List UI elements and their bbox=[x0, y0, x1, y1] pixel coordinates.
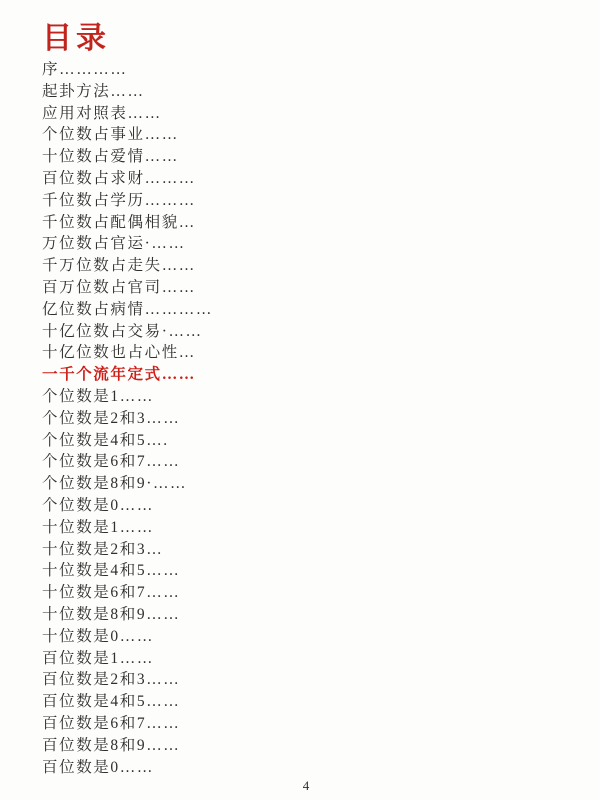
toc-item: 千位数占学历……… bbox=[42, 190, 570, 212]
toc-item: 十位数是8和9…… bbox=[42, 604, 570, 626]
page-number: 4 bbox=[42, 778, 570, 794]
toc-item: 起卦方法…… bbox=[42, 81, 570, 103]
toc-item: 十亿位数也占心性… bbox=[42, 342, 570, 364]
toc-item: 个位数是8和9·…… bbox=[42, 473, 570, 495]
toc-item: 百位数是8和9…… bbox=[42, 735, 570, 757]
toc-item: 百位数是4和5…… bbox=[42, 691, 570, 713]
toc-list: 序…………起卦方法……应用对照表……个位数占事业……十位数占爱情……百位数占求财… bbox=[42, 59, 570, 778]
toc-item: 十位数是6和7…… bbox=[42, 582, 570, 604]
toc-item: 十位数是1…… bbox=[42, 517, 570, 539]
toc-item: 万位数占官运·…… bbox=[42, 233, 570, 255]
toc-item-emphasis: 一千个流年定式…… bbox=[42, 364, 570, 386]
toc-item: 十位数占爱情…… bbox=[42, 146, 570, 168]
toc-item: 千万位数占走失…… bbox=[42, 255, 570, 277]
document-page: 目录 序…………起卦方法……应用对照表……个位数占事业……十位数占爱情……百位数… bbox=[0, 0, 600, 800]
toc-item: 十位数是2和3… bbox=[42, 539, 570, 561]
toc-item: 百位数是1…… bbox=[42, 648, 570, 670]
toc-item: 个位数是0…… bbox=[42, 495, 570, 517]
toc-item: 十位数是0…… bbox=[42, 626, 570, 648]
toc-item: 个位数占事业…… bbox=[42, 124, 570, 146]
page-title: 目录 bbox=[42, 22, 570, 56]
toc-item: 百位数占求财……… bbox=[42, 168, 570, 190]
toc-item: 个位数是4和5…. bbox=[42, 430, 570, 452]
toc-item: 应用对照表…… bbox=[42, 103, 570, 125]
toc-item: 百位数是0…… bbox=[42, 757, 570, 779]
toc-item: 个位数是6和7…… bbox=[42, 451, 570, 473]
toc-item: 亿位数占病情………… bbox=[42, 299, 570, 321]
toc-item: 百位数是2和3…… bbox=[42, 669, 570, 691]
toc-item: 千位数占配偶相貌… bbox=[42, 212, 570, 234]
toc-item: 个位数是2和3…… bbox=[42, 408, 570, 430]
toc-item: 序………… bbox=[42, 59, 570, 81]
toc-item: 十亿位数占交易·…… bbox=[42, 321, 570, 343]
toc-item: 百位数是6和7…… bbox=[42, 713, 570, 735]
toc-item: 百万位数占官司…… bbox=[42, 277, 570, 299]
toc-item: 十位数是4和5…… bbox=[42, 560, 570, 582]
toc-item: 个位数是1…… bbox=[42, 386, 570, 408]
